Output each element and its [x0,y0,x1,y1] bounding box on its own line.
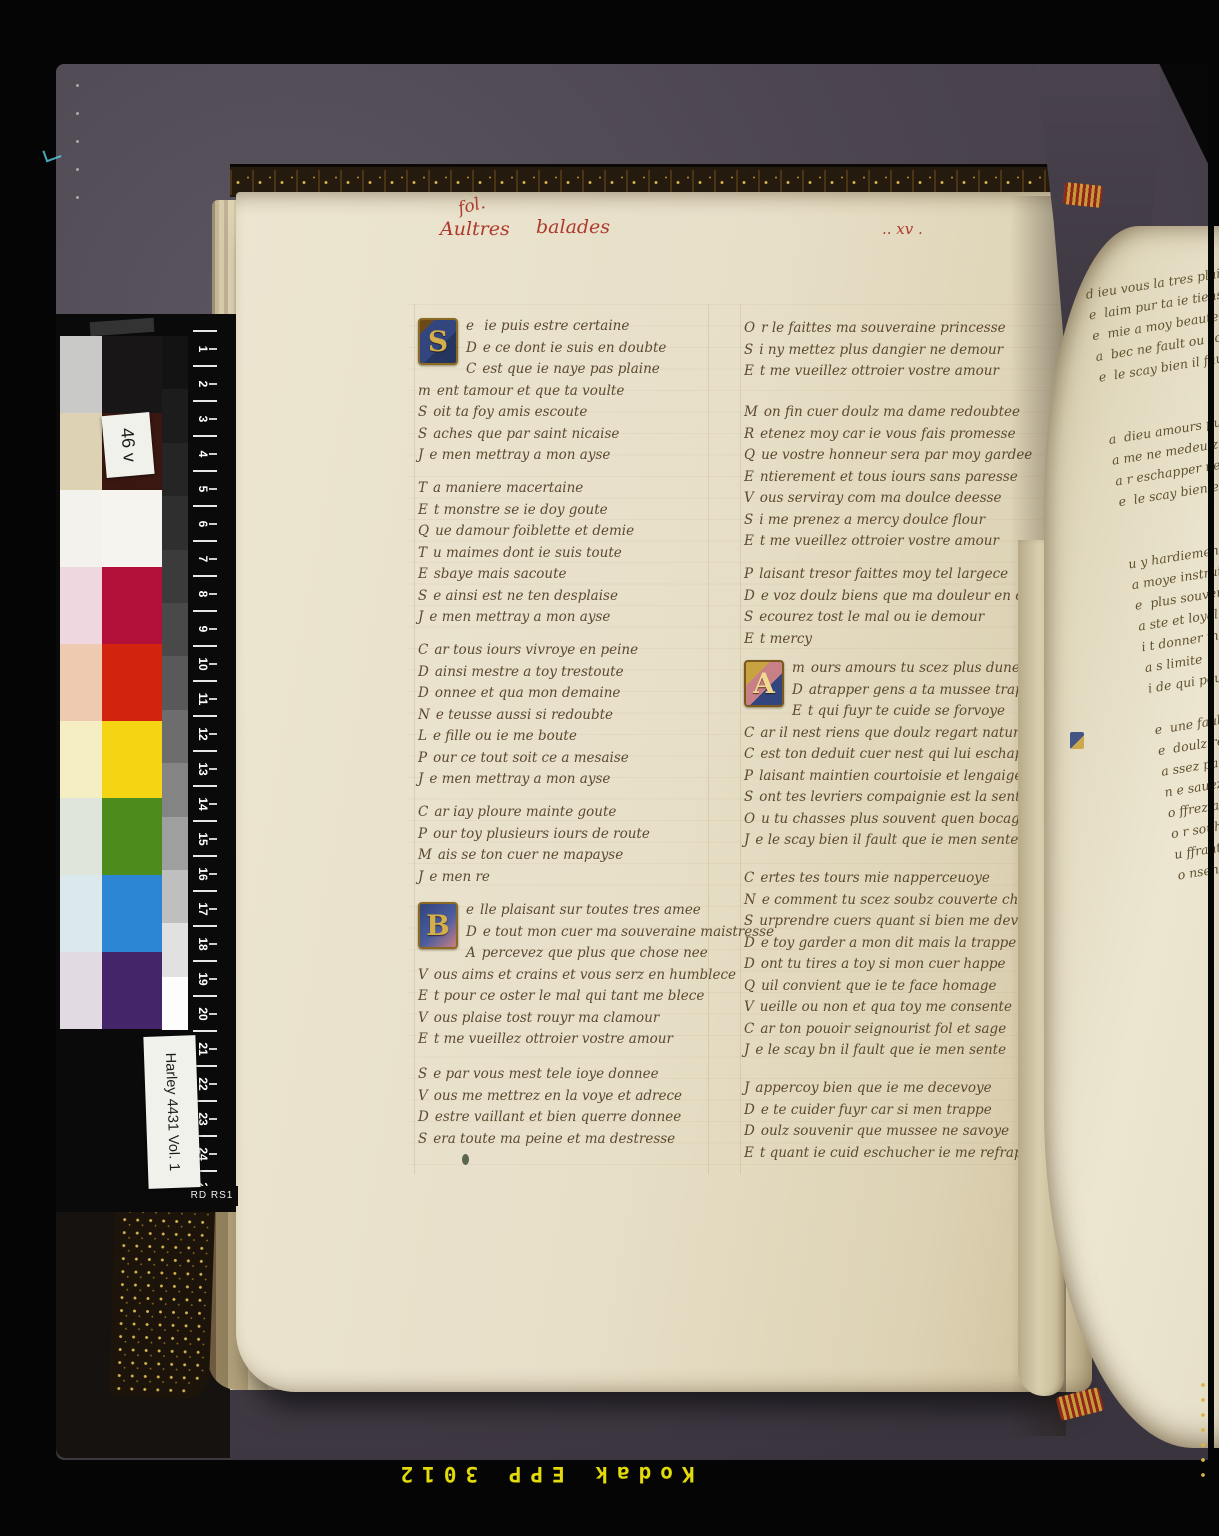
grayscale-step-wedge [162,336,188,1030]
ruler-number: 18 [196,938,210,951]
gray-step [162,870,188,923]
ruler-number: 4 [196,451,210,458]
patch-row [60,875,162,952]
facing-recto-leaf: dieu vous la tres plaisance nee laim pur… [1044,226,1219,1448]
folio-number-roman: .. xv . [882,220,923,238]
verse-line: Que damour foiblette et demie [418,521,726,543]
color-patch-tint [60,644,102,721]
gray-step [162,443,188,496]
color-patch-solid [102,721,162,798]
illuminated-initial: B [418,902,458,949]
film-edge-mark [76,112,79,115]
gray-step [162,763,188,816]
color-patch-solid [102,798,162,875]
ruler-number: 9 [196,626,210,633]
verse-line: Je men re [418,867,726,889]
verse-line: Sera toute ma peine et ma destresse [418,1129,726,1151]
ruler-unit: 20 [188,995,218,1030]
ruler-unit: 11 [188,680,218,715]
gray-step [162,336,188,389]
patch-row [60,798,162,875]
color-patch-tint [60,336,102,413]
ruler-unit: 16 [188,855,218,890]
ruler-unit: 17 [188,890,218,925]
gray-step [162,603,188,656]
verse-line: Apercevez que plus que chose nee [418,943,726,965]
verse-line: Ta maniere macertaine [418,478,726,500]
verse-line: Le fille ou ie me boute [418,726,726,748]
ruler-number: 21 [196,1043,210,1056]
verse-line: Pour toy plusieurs iours de route [418,824,726,846]
verse-line: Donnee et qua mon demaine [418,683,726,705]
stanza: Car iay ploure mainte goutePour toy plus… [418,802,726,888]
ruler-unit: 3 [188,400,218,435]
verse-line: e ie puis estre certaine [418,316,726,338]
gilt-edge-dots [1196,1378,1210,1482]
ruler-unit: 4 [188,435,218,470]
verse-line: Se par vous mest tele ioye donnee [418,1064,726,1086]
verse-line: Tu maimes dont ie suis toute [418,543,726,565]
film-edge-mark [76,168,79,171]
patch-row [60,721,162,798]
verse-line: Destre vaillant et bien querre donnee [418,1107,726,1129]
shelfmark-sticker: Harley 4431 Vol. 1 [143,1035,200,1189]
color-patch-solid [102,336,162,413]
patch-row [60,336,162,413]
color-patch-solid [102,490,162,567]
ruler-number: 10 [196,658,210,671]
stanza: B elle plaisant sur toutes tres ameeDe t… [418,900,726,1051]
ruler-unit: 1 [188,330,218,365]
ruler-unit: 8 [188,575,218,610]
ruler-unit: 5 [188,470,218,505]
patch-row [60,567,162,644]
verse-line: Saches que par saint nicaise [418,424,726,446]
color-patch-tint [60,490,102,567]
ruler-number: 17 [196,903,210,916]
stanza: Ta maniere macertaineEt monstre se ie do… [418,478,726,629]
gray-step [162,550,188,603]
ruler-number: 2 [196,381,210,388]
film-edge-mark [76,84,79,87]
verse-line: Je men mettray a mon ayse [418,769,726,791]
ink-smudge [462,1154,469,1165]
verse-line: Je men mettray a mon ayse [418,607,726,629]
ruler-number: 5 [196,486,210,493]
verse-line: ment tamour et que ta voulte [418,381,726,403]
patch-row [60,644,162,721]
ruler-number: 8 [196,591,210,598]
column-rule [414,304,415,1174]
verse-line: De tout mon cuer ma souveraine maistress… [418,922,726,944]
ruler-number: 3 [196,416,210,423]
illuminated-initial: A [744,660,784,707]
verse-line: Et me vueillez ottroier vostre amour [418,1029,726,1051]
ruler-number: 16 [196,868,210,881]
ruler-number: 15 [196,833,210,846]
film-brand-text: Kodak EPP 3012 [308,1462,778,1486]
ruler-number: 20 [196,1008,210,1021]
gray-step [162,389,188,442]
manuscript-verso-page: fol. Aultres balades .. xv . S e ie puis… [236,192,1092,1392]
color-patch-tint [60,952,102,1029]
verse-line: Car tous iours vivroye en peine [418,640,726,662]
ruler-number: 22 [196,1078,210,1091]
gray-step [162,656,188,709]
gray-step [162,977,188,1030]
gray-step [162,923,188,976]
ruler-number: 13 [196,763,210,776]
verse-line: Soit ta foy amis escoute [418,402,726,424]
patch-row [60,952,162,1029]
ruler-unit: 13 [188,750,218,785]
ruler-unit: 9 [188,610,218,645]
ruler-unit: 19 [188,960,218,995]
folio-number-sticker-text: 46 v [116,427,140,463]
folio-number-sticker: 46 v [101,412,154,478]
verse-line: De ce dont ie suis en doubte [418,338,726,360]
verse-line: Cest que ie naye pas plaine [418,359,726,381]
patch-row [60,490,162,567]
color-patch-tint [60,721,102,798]
recto-text-column: dieu vous la tres plaisance nee laim pur… [1084,245,1219,886]
film-frame-edge [1208,64,1214,1460]
verse-line: Et monstre se ie doy goute [418,500,726,522]
ruler-number: 19 [196,973,210,986]
ruler-unit: 14 [188,785,218,820]
verse-line: Vous plaise tost rouyr ma clamour [418,1008,726,1030]
verse-line: Car iay ploure mainte goute [418,802,726,824]
verse-line: Ne teusse aussi si redoubte [418,705,726,727]
rubric-fol-mark: fol. [456,193,487,219]
small-illuminated-initial [1070,732,1084,749]
ruler-unit: 12 [188,715,218,750]
ruler-number: 7 [196,556,210,563]
verse-line: Mais se ton cuer ne mapayse [418,845,726,867]
ruler-number: 1 [196,346,210,353]
color-patch-solid [102,875,162,952]
color-patch-tint [60,567,102,644]
column-rule [740,304,741,1174]
shelfmark-sticker-text: Harley 4431 Vol. 1 [162,1053,182,1172]
illuminated-initial: S [418,318,458,365]
running-title-right: balades [536,216,610,238]
ruler-unit: 6 [188,505,218,540]
ruler-unit: 2 [188,365,218,400]
ruler-unit: 18 [188,925,218,960]
verse-line: Et pour ce oster le mal qui tant me blec… [418,986,726,1008]
verse-line: elle plaisant sur toutes tres amee [418,900,726,922]
verse-line: Dainsi mestre a toy trestoute [418,662,726,684]
gilt-filigree-corner [109,1196,216,1399]
film-edge-mark [76,140,79,143]
ruler-unit: 7 [188,540,218,575]
color-patch-solid [102,567,162,644]
stanza: Car tous iours vivroye en peineDainsi me… [418,640,726,791]
color-patch-solid [102,952,162,1029]
gray-step [162,817,188,870]
color-patch-tint [60,798,102,875]
verse-line: Se ainsi est ne ten desplaise [418,586,726,608]
running-title-left: Aultres [440,218,510,240]
verse-line: Pour ce tout soit ce a mesaise [418,748,726,770]
ruler-footer-label: RD RS1 [186,1186,238,1206]
color-patch-tint [60,413,102,490]
stanza: Se par vous mest tele ioye donneeVous me… [418,1064,726,1150]
stanza: S e ie puis estre certaineDe ce dont ie … [418,316,726,467]
color-patch-tint [60,875,102,952]
verse-line: Je men mettray a mon ayse [418,445,726,467]
gray-step [162,496,188,549]
verse-line: Esbaye mais sacoute [418,564,726,586]
ruler-number: 6 [196,521,210,528]
ruler-number: 11 [196,693,210,706]
striped-endband-top [1063,182,1103,208]
verse-line: Vous me mettrez en la voye et adrece [418,1086,726,1108]
color-patch-solid [102,644,162,721]
verse-line: Vous aims et crains et vous serz en humb… [418,965,726,987]
ruler-number: 12 [196,728,210,741]
ruler-unit: 10 [188,645,218,680]
ruler-number: 14 [196,798,210,811]
manuscript-photograph: fol. Aultres balades .. xv . S e ie puis… [0,0,1219,1536]
film-edge-mark [76,196,79,199]
ruler-unit: 15 [188,820,218,855]
gray-step [162,710,188,763]
